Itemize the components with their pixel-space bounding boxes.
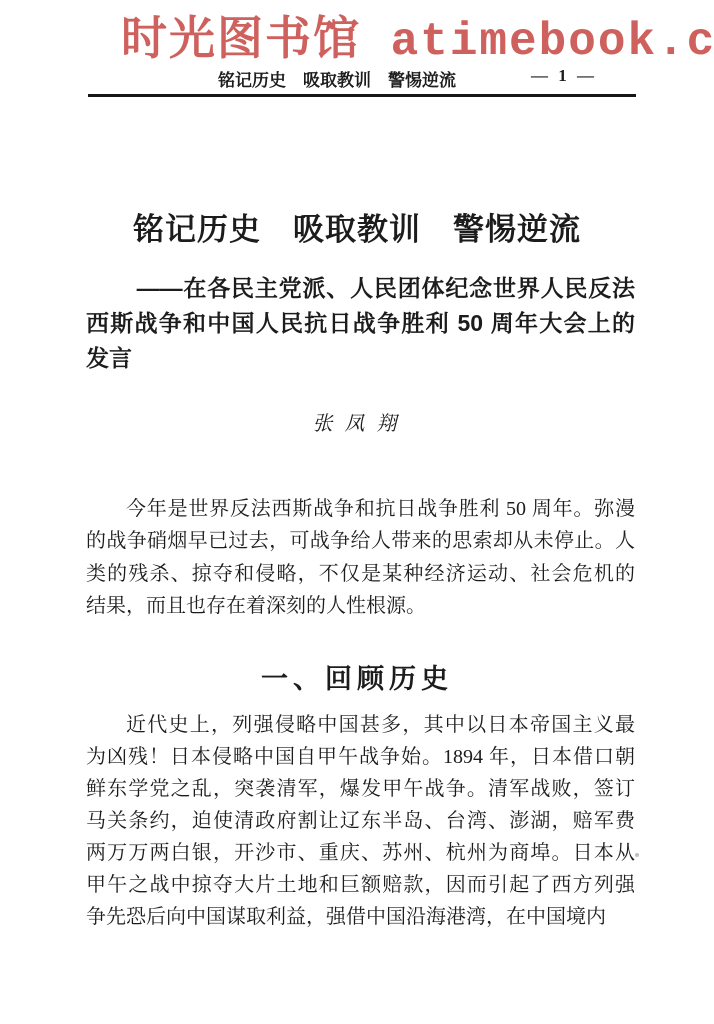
intro-paragraph: 今年是世界反法西斯战争和抗日战争胜利 50 周年。弥漫的战争硝烟早已过去，可战争…: [86, 493, 635, 623]
watermark-text: 时光图书馆 atimebook.co: [121, 2, 714, 68]
author-name: 张凤翔: [86, 407, 635, 436]
history-paragraph: 近代史上，列强侵略中国甚多，其中以日本帝国主义最为凶残！日本侵略中国自甲午战争始…: [86, 709, 635, 933]
header-rule: [88, 94, 636, 97]
article-subtitle: ——在各民主党派、人民团体纪念世界人民反法西斯战争和中国人民抗日战争胜利 50 …: [86, 271, 635, 376]
section-heading: 一、回顾历史: [0, 657, 714, 696]
scan-speck: [635, 853, 639, 857]
running-header-title: 铭记历史 吸取教训 警惕逆流: [218, 66, 456, 91]
article-title: 铭记历史 吸取教训 警惕逆流: [0, 204, 714, 249]
page-number: — 1 —: [531, 66, 597, 86]
scanned-book-page: 时光图书馆 atimebook.co 铭记历史 吸取教训 警惕逆流 — 1 — …: [0, 0, 714, 1024]
